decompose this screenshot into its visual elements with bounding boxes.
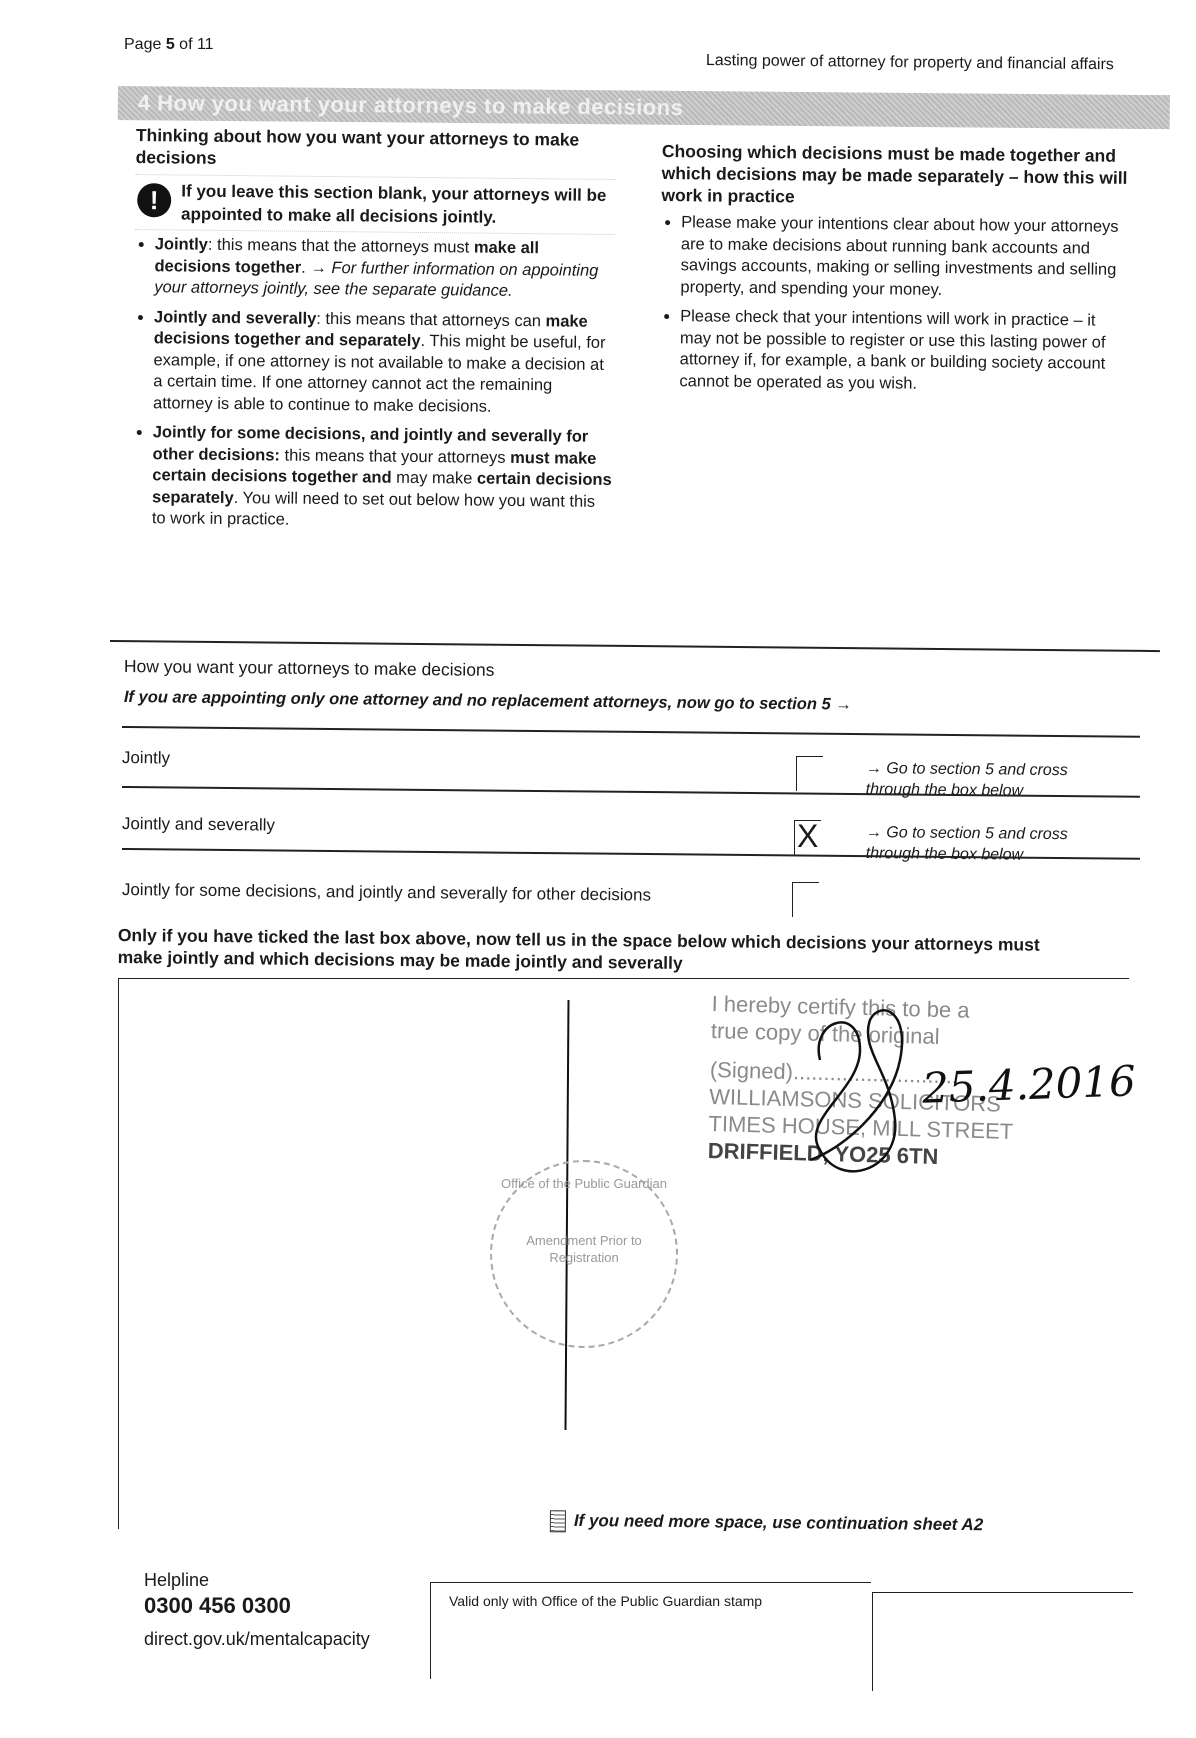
left-heading: Thinking about how you want your attorne… [136,124,616,173]
option-jointly-severally-label: Jointly and severally [122,814,275,836]
bullet-jointly-and-severally: Jointly and severally: this means that a… [153,307,614,419]
option-jointly-severally-checkbox[interactable]: X [794,820,821,855]
practice-bullet: Please check that your intentions will w… [679,306,1130,397]
option-mixed-label: Jointly for some decisions, and jointly … [122,880,651,906]
bullet-mixed: Jointly for some decisions, and jointly … [152,422,613,534]
single-attorney-note: If you are appointing only one attorney … [124,688,852,715]
option-jointly-severally-goto: → Go to section 5 and cross through the … [866,822,1106,867]
warning-callout: ! If you leave this section blank, your … [135,174,616,235]
practice-bullet: Please make your intentions clear about … [680,212,1131,303]
handwritten-date: 25.4.2016 [921,1056,1136,1112]
continuation-note: If you need more space, use continuation… [530,1510,984,1537]
exclamation-icon: ! [137,183,171,217]
divider [110,640,1160,652]
section-title: 4 How you want your attorneys to make de… [138,90,684,121]
left-column: Thinking about how you want your attorne… [132,124,616,543]
cross-mark: X [797,819,818,853]
document-title: Lasting power of attorney for property a… [706,52,1114,74]
option-jointly-label: Jointly [122,748,170,769]
helpline-number: 0300 456 0300 [144,1593,370,1619]
website-link[interactable]: direct.gov.uk/mentalcapacity [144,1629,370,1650]
page-number: Page 5 of 11 [124,36,214,54]
warning-text: If you leave this section blank, your at… [181,179,615,230]
decision-form-title: How you want your attorneys to make deci… [124,656,495,681]
mixed-instruction: Only if you have ticked the last box abo… [118,924,1078,978]
option-jointly-checkbox[interactable] [796,756,823,791]
bullet-jointly: Jointly: this means that the attorneys m… [154,234,615,303]
document-stack-icon [550,1510,566,1532]
signature-icon [800,1000,920,1190]
opg-stamp: Office of the Public Guardian Amendment … [490,1160,678,1348]
right-column: Choosing which decisions must be made to… [659,140,1132,405]
divider [122,726,1140,737]
section-banner: 4 How you want your attorneys to make de… [118,86,1170,129]
office-use-box [872,1592,1133,1691]
helpline-block: Helpline 0300 456 0300 direct.gov.uk/men… [144,1570,370,1650]
option-mixed-checkbox[interactable] [792,882,819,917]
right-heading: Choosing which decisions must be made to… [661,140,1132,211]
opg-validation-box: Valid only with Office of the Public Gua… [430,1582,871,1679]
